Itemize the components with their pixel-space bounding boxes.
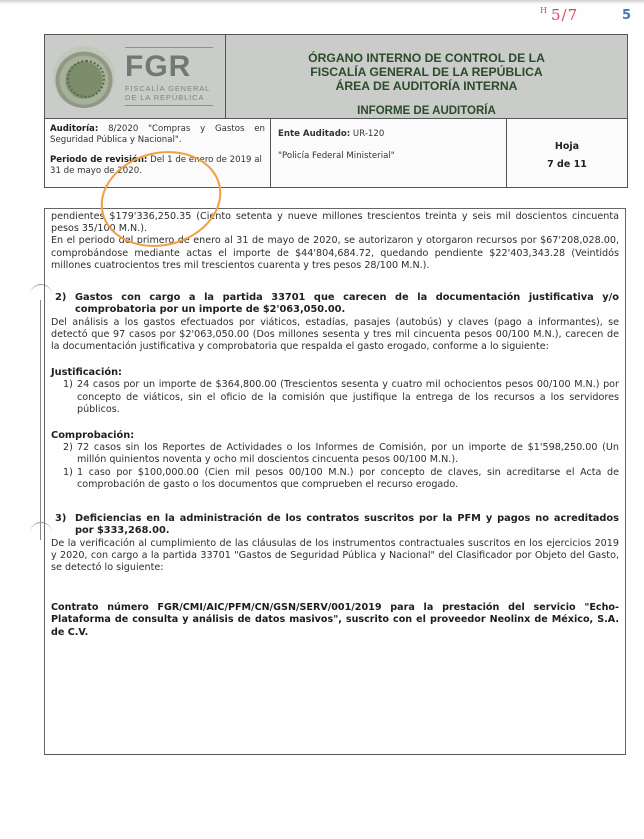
fgr-logo: FGR FISCALÍA GENERAL DE LA REPÚBLICA [45, 35, 226, 118]
section-number: 3) [51, 513, 75, 538]
section-2-heading: 2) Gastos con cargo a la partida 33701 q… [51, 292, 619, 317]
list-number: 1) [51, 379, 77, 416]
comprobacion-label: Comprobación: [51, 430, 619, 442]
ente-value: UR-120 [353, 129, 384, 139]
stamp-mark: 5 [622, 8, 631, 23]
section-3-heading: 3) Deficiencias en la administración de … [51, 513, 619, 538]
title-line: ÓRGANO INTERNO DE CONTROL DE LA [226, 51, 627, 65]
header-title-cell: ÓRGANO INTERNO DE CONTROL DE LA FISCALÍA… [226, 35, 627, 118]
page-info: Hoja 7 de 11 [507, 119, 627, 187]
document-page: H5/7 5 FGR FISCALÍA GENERAL DE LA REPÚBL… [0, 0, 644, 839]
ente-label: Ente Auditado: [278, 129, 350, 139]
fgr-acronym: FGR [125, 50, 191, 84]
list-text: 1 caso por $100,000.00 (Cien mil pesos 0… [77, 467, 619, 491]
contract-paragraph: Contrato número FGR/CMI/AIC/PFM/CN/GSN/S… [51, 602, 619, 639]
audit-info: Auditoría: 8/2020 "Compras y Gastos en S… [45, 119, 271, 187]
periodo-label: Periodo de revisión: [50, 155, 147, 165]
list-text: 24 casos por un importe de $364,800.00 (… [77, 379, 619, 416]
margin-line [40, 300, 41, 540]
list-number: 2) [51, 442, 77, 466]
auditoria-label: Auditoría: [50, 124, 98, 134]
list-item: 2) 72 casos sin los Reportes de Activida… [51, 442, 619, 466]
folio-prefix: H [540, 6, 548, 15]
folio-number: 5/7 [551, 6, 578, 24]
section-title: Gastos con cargo a la partida 33701 que … [75, 292, 619, 317]
section-title: Deficiencias en la administración de los… [75, 513, 619, 538]
header-title: ÓRGANO INTERNO DE CONTROL DE LA FISCALÍA… [226, 51, 627, 93]
paragraph-pending-amount: pendientes $179'336,250.35 (Ciento seten… [51, 211, 619, 235]
justificacion-label: Justificación: [51, 367, 619, 379]
paragraph-period-2020: En el periodo del primero de enero al 31… [51, 235, 619, 272]
section-3-intro: De la verificación al cumplimiento de la… [51, 538, 619, 575]
title-line: ÁREA DE AUDITORÍA INTERNA [226, 79, 627, 93]
title-line: FISCALÍA GENERAL DE LA REPÚBLICA [226, 65, 627, 79]
handwritten-folio: H5/7 [540, 6, 578, 24]
list-number: 1) [51, 467, 77, 491]
list-text: 72 casos sin los Reportes de Actividades… [77, 442, 619, 466]
audited-entity: Ente Auditado: UR-120 "Policía Federal M… [271, 119, 507, 187]
section-number: 2) [51, 292, 75, 317]
document-header: FGR FISCALÍA GENERAL DE LA REPÚBLICA ÓRG… [44, 34, 628, 188]
fgr-line1: FISCALÍA GENERAL [125, 84, 210, 93]
section-2-intro: Del análisis a los gastos efectuados por… [51, 317, 619, 354]
report-type: INFORME DE AUDITORÍA [226, 105, 627, 117]
hoja-label: Hoja [507, 138, 627, 156]
list-item: 1) 24 casos por un importe de $364,800.0… [51, 379, 619, 416]
list-item: 1) 1 caso por $100,000.00 (Cien mil peso… [51, 467, 619, 491]
coat-of-arms-icon [53, 46, 115, 108]
hoja-value: 7 de 11 [507, 156, 627, 174]
ente-name: "Policía Federal Ministerial" [278, 151, 506, 161]
scan-edge-shadow [0, 0, 644, 4]
report-body: pendientes $179'336,250.35 (Ciento seten… [44, 208, 626, 755]
fgr-line2: DE LA REPÚBLICA [125, 93, 204, 102]
